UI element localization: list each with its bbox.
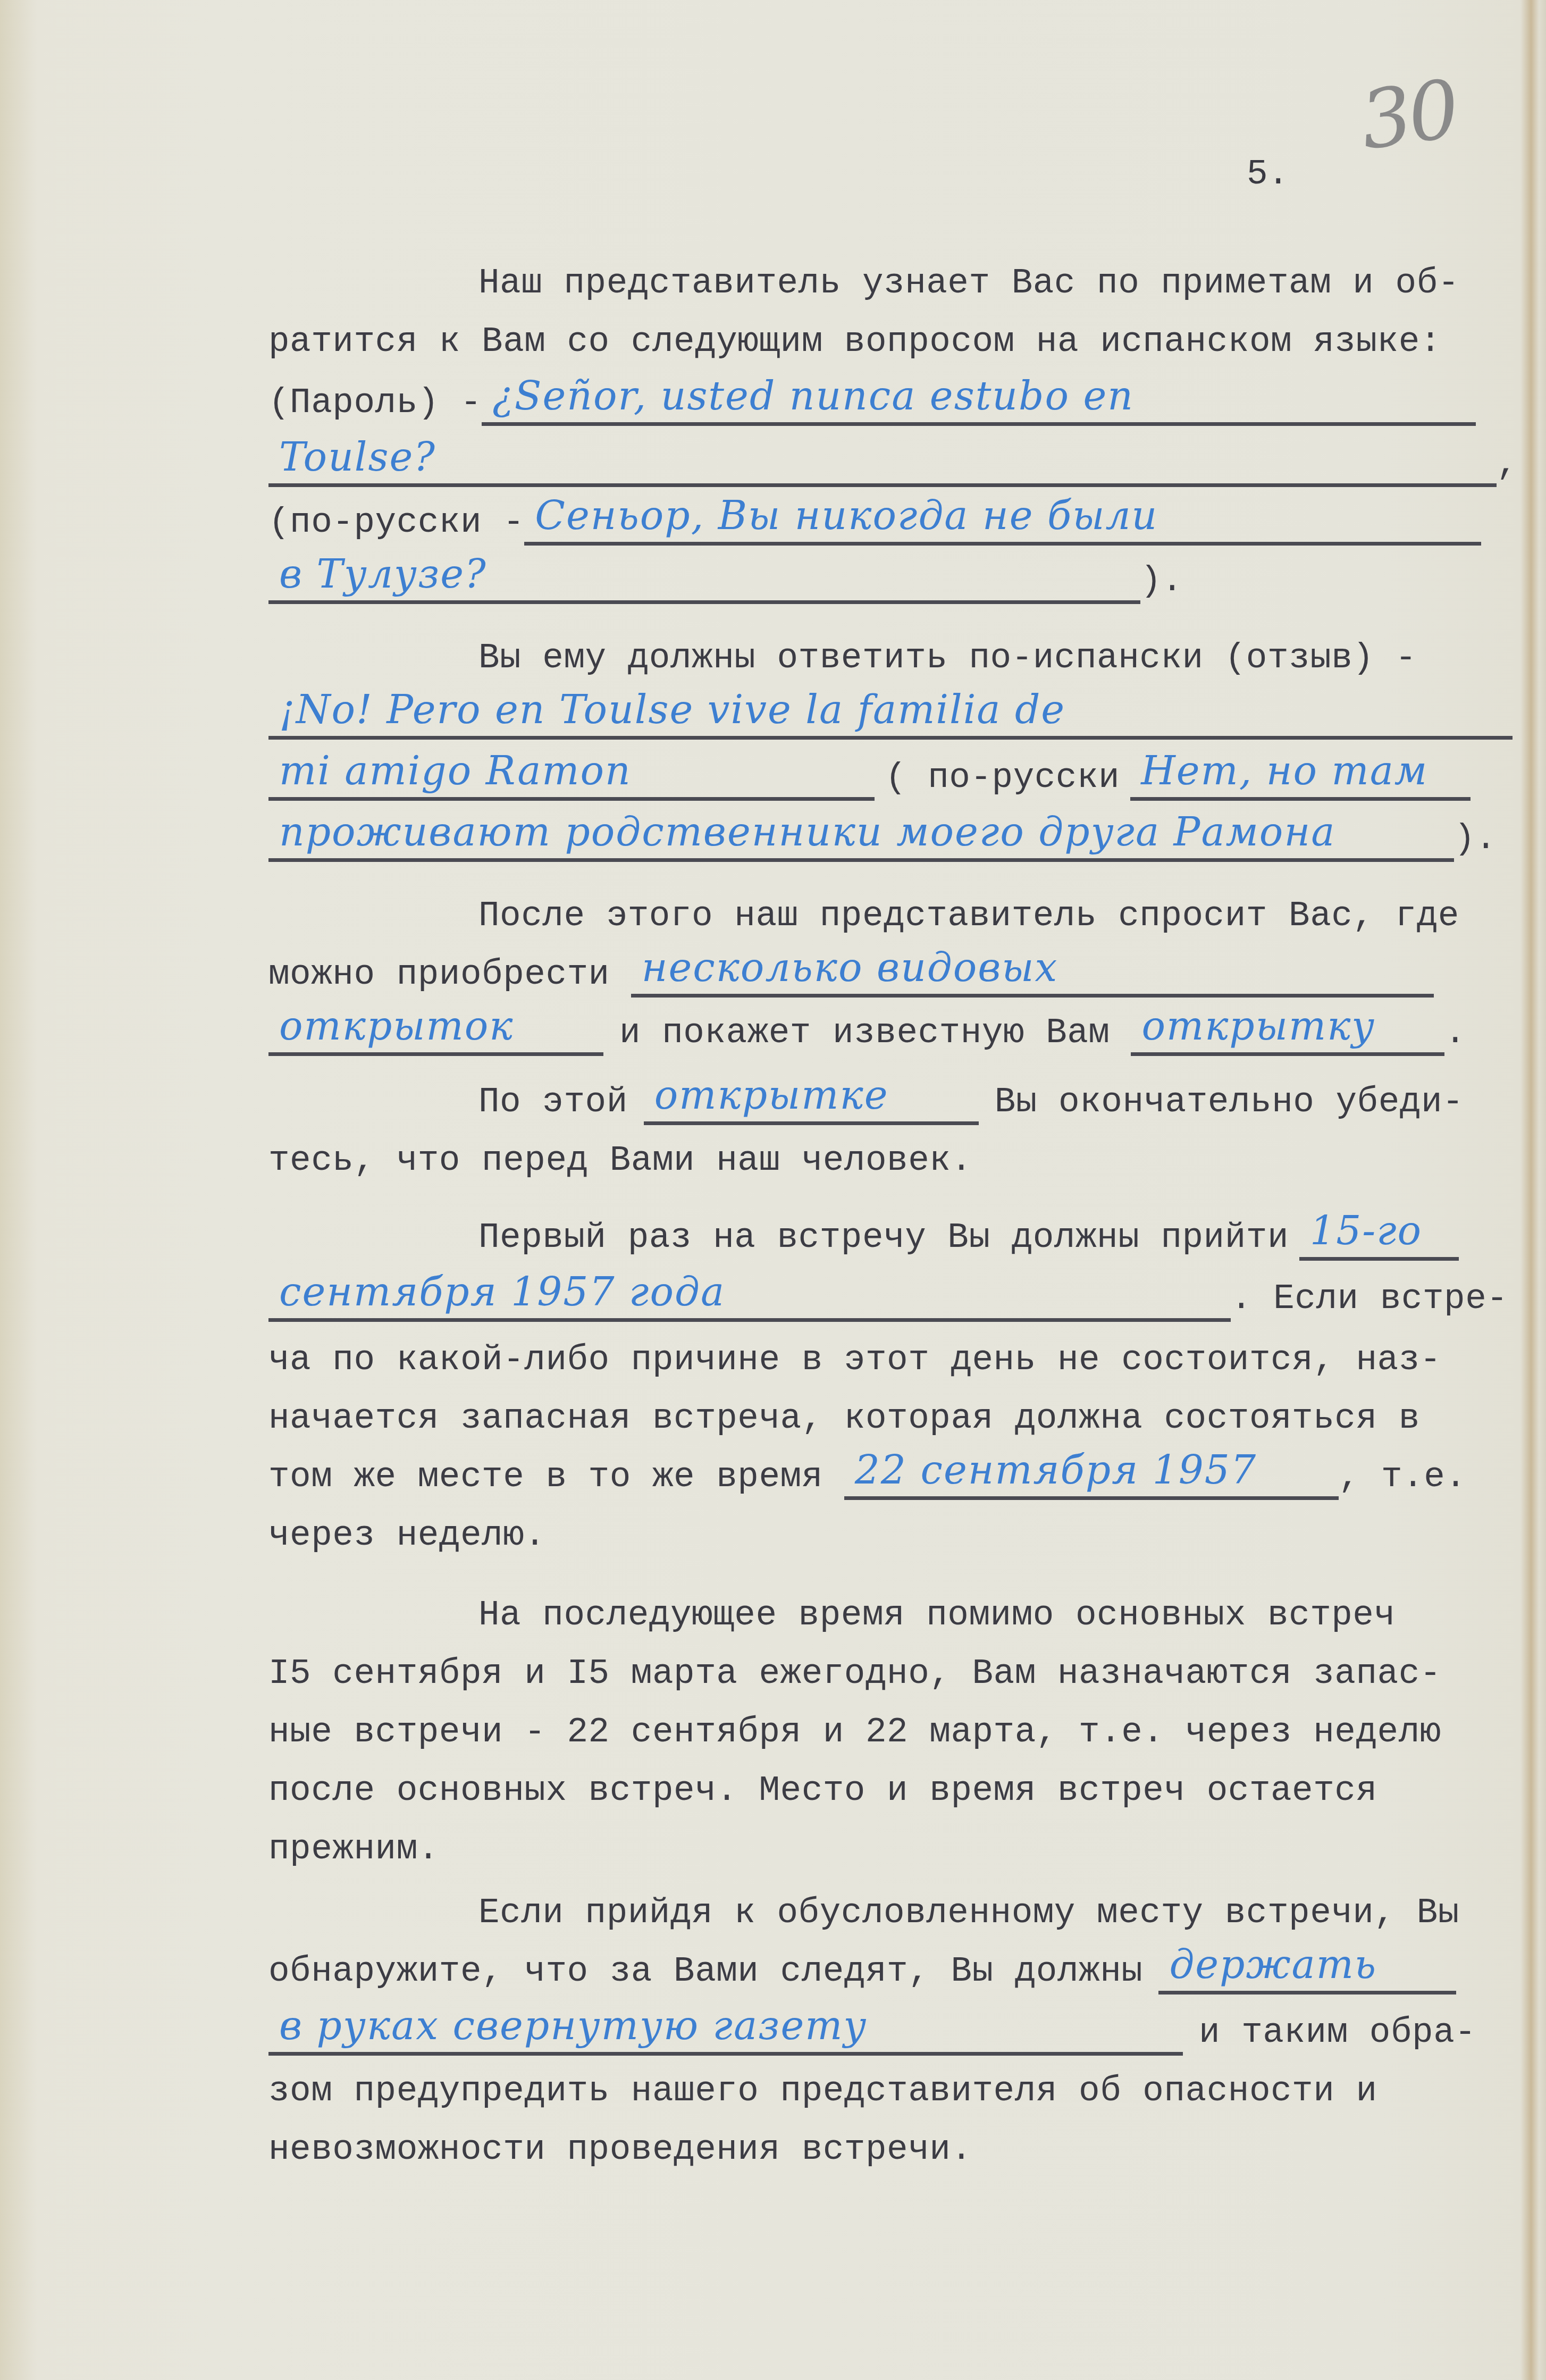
handwritten-reply: ¡No! Pero en Toulse vive la familia de: [279, 687, 1065, 733]
handwritten-recognition-item: открытке: [654, 1072, 889, 1118]
text: Первый раз на встречу Вы должны прийти: [478, 1218, 1289, 1258]
password-label: (Пароль) -: [268, 383, 482, 423]
postcard-shop-field: несколько видовых: [631, 935, 1434, 998]
p7-line2: обнаружите, что за Вами следят, Вы должн…: [268, 1938, 1456, 1991]
p5-line1: Первый раз на встречу Вы должны прийти 1…: [268, 1204, 1459, 1258]
punct: ).: [1140, 561, 1183, 601]
text: На последующее время помимо основных вст…: [478, 1595, 1396, 1635]
p1-russian-line2: в Тулузе? ).: [268, 548, 1183, 601]
text: , т.е.: [1339, 1457, 1467, 1497]
p7-line5: невозможности проведения встречи.: [268, 2116, 972, 2169]
handwritten-danger-signal-cont: в руках свернутую газету: [279, 2003, 867, 2049]
handwritten-danger-signal: держать: [1169, 1942, 1377, 1988]
p5-line2: сентября 1957 года . Если встре-: [268, 1266, 1508, 1319]
punct: ,: [1497, 444, 1518, 484]
russian-label: ( по-русски: [885, 758, 1120, 798]
p1-password-line2: Toulse? ,: [268, 431, 1518, 484]
handwritten-date-day: 15-го: [1310, 1208, 1422, 1254]
handwritten-reply-russian: Нет, но там: [1141, 748, 1428, 794]
text: обнаружите, что за Вами следят, Вы должн…: [268, 1951, 1142, 1991]
text: начается запасная встреча, которая должн…: [268, 1398, 1420, 1438]
archive-folio-number: 30: [1355, 63, 1462, 167]
danger-signal-field-cont: в руках свернутую газету: [268, 1993, 1183, 2056]
reply-field-line1: ¡No! Pero en Toulse vive la familia de: [268, 677, 1513, 740]
text: Если прийдя к обусловленному месту встре…: [478, 1893, 1459, 1933]
handwritten-date-month-year: сентября 1957 года: [279, 1269, 725, 1315]
reply-russian-field-line2: проживают родственники моего друга Рамон…: [268, 800, 1454, 862]
document-page: 30 5. Наш представитель узнает Вас по пр…: [0, 0, 1546, 2380]
punct: .: [1444, 1013, 1466, 1053]
p1-password-line: (Пароль) - ¿Señor, usted nunca estubo en: [268, 370, 1476, 423]
p6-line4: после основных встреч. Место и время вст…: [268, 1757, 1377, 1811]
handwritten-item: несколько видовых: [642, 945, 1058, 991]
handwritten-backup-date: 22 сентября 1957: [855, 1447, 1257, 1493]
russian-field-line1: Сеньор, Вы никогда не были: [524, 483, 1481, 546]
text: Вы ему должны ответить по-испански (отзы…: [478, 638, 1417, 678]
text: . Если встре-: [1231, 1279, 1508, 1319]
p2-line1: Вы ему должны ответить по-испански (отзы…: [268, 625, 1417, 678]
text: через неделю.: [268, 1515, 545, 1555]
backup-meeting-date-field: 22 сентября 1957: [844, 1438, 1339, 1500]
p2-reply-russian-line2: проживают родственники моего друга Рамон…: [268, 806, 1497, 859]
text: после основных встреч. Место и время вст…: [268, 1771, 1377, 1811]
p5-line6: через неделю.: [268, 1502, 545, 1555]
p2-reply-line2: mi amigo Ramon ( по-русски Нет, но там: [268, 744, 1471, 798]
p3-line1: После этого наш представитель спросит Ва…: [268, 883, 1459, 936]
handwritten-item-cont: открыток: [279, 1003, 514, 1049]
reply-russian-field-line1: Нет, но там: [1130, 739, 1471, 801]
p7-line3: в руках свернутую газету и таким обра-: [268, 1999, 1476, 2052]
password-field-line1: ¿Señor, usted nunca estubo en: [482, 364, 1476, 426]
text: можно приобрести: [268, 954, 610, 994]
p1-line1: Наш представитель узнает Вас по приметам…: [268, 250, 1459, 303]
known-item-field: открытку: [1131, 994, 1444, 1056]
text: невозможности проведения встречи.: [268, 2130, 972, 2169]
text: Вы окончательно убеди-: [995, 1082, 1464, 1122]
p2-reply-line1: ¡No! Pero en Toulse vive la familia de: [268, 683, 1513, 736]
text: зом предупредить нашего представителя об…: [268, 2071, 1377, 2111]
handwritten-reply-cont: mi amigo Ramon: [279, 748, 632, 794]
p4-line2: тесь, что перед Вами наш человек.: [268, 1127, 972, 1180]
reply-field-line2: mi amigo Ramon: [268, 739, 875, 801]
text: ча по какой-либо причине в этот день не …: [268, 1340, 1441, 1380]
p6-line1: На последующее время помимо основных вст…: [268, 1582, 1396, 1635]
password-field-line2: Toulse?: [268, 425, 1497, 487]
p5-line4: начается запасная встреча, которая должн…: [268, 1385, 1420, 1438]
p5-line5: том же месте в то же время 22 сентября 1…: [268, 1444, 1466, 1497]
p7-line1: Если прийдя к обусловленному месту встре…: [268, 1880, 1459, 1933]
russian-field-line2: в Тулузе?: [268, 542, 1140, 604]
handwritten-password-cont: Toulse?: [279, 434, 436, 480]
first-meeting-date-field-cont: сентября 1957 года: [268, 1260, 1231, 1322]
handwritten-known-item: открытку: [1141, 1003, 1375, 1049]
p3-line3: открыток и покажет известную Вам открытк…: [268, 1000, 1466, 1053]
text: и таким обра-: [1199, 2013, 1476, 2052]
text: I5 сентября и I5 марта ежегодно, Вам наз…: [268, 1654, 1441, 1694]
text: и покажет известную Вам: [619, 1013, 1110, 1053]
p6-line3: ные встречи - 22 сентября и 22 марта, т.…: [268, 1699, 1441, 1752]
text: После этого наш представитель спросит Ва…: [478, 896, 1459, 936]
p3-line2: можно приобрести несколько видовых: [268, 941, 1434, 994]
p1-russian-line: (по-русски - Сеньор, Вы никогда не были: [268, 489, 1481, 542]
first-meeting-date-field: 15-го: [1299, 1199, 1459, 1261]
danger-signal-field: держать: [1158, 1932, 1456, 1994]
text: Наш представитель узнает Вас по приметам…: [478, 263, 1459, 303]
handwritten-reply-russian-cont: проживают родственники моего друга Рамон…: [279, 809, 1335, 855]
page-number: 5.: [1247, 154, 1289, 194]
p4-line1: По этой открытке Вы окончательно убеди-: [268, 1069, 1464, 1122]
text: По этой: [478, 1082, 628, 1122]
p6-line5: прежним.: [268, 1816, 439, 1869]
p1-line2: ратится к Вам со следующим вопросом на и…: [268, 308, 1441, 362]
text: тесь, что перед Вами наш человек.: [268, 1141, 972, 1180]
text: прежним.: [268, 1829, 439, 1869]
text: ратится к Вам со следующим вопросом на и…: [268, 322, 1441, 362]
text: ные встречи - 22 сентября и 22 марта, т.…: [268, 1712, 1441, 1752]
p5-line3: ча по какой-либо причине в этот день не …: [268, 1327, 1441, 1380]
text: том же месте в то же время: [268, 1457, 823, 1497]
p6-line2: I5 сентября и I5 марта ежегодно, Вам наз…: [268, 1640, 1441, 1694]
handwritten-russian: Сеньор, Вы никогда не были: [535, 493, 1158, 539]
punct: ).: [1454, 819, 1497, 859]
handwritten-password: ¿Señor, usted nunca estubo en: [492, 373, 1134, 419]
p7-line4: зом предупредить нашего представителя об…: [268, 2058, 1377, 2111]
russian-label: (по-русски -: [268, 502, 524, 542]
recognition-item-field: открытке: [644, 1063, 979, 1125]
postcard-shop-field-cont: открыток: [268, 994, 603, 1056]
handwritten-russian-cont: в Тулузе?: [279, 551, 487, 597]
